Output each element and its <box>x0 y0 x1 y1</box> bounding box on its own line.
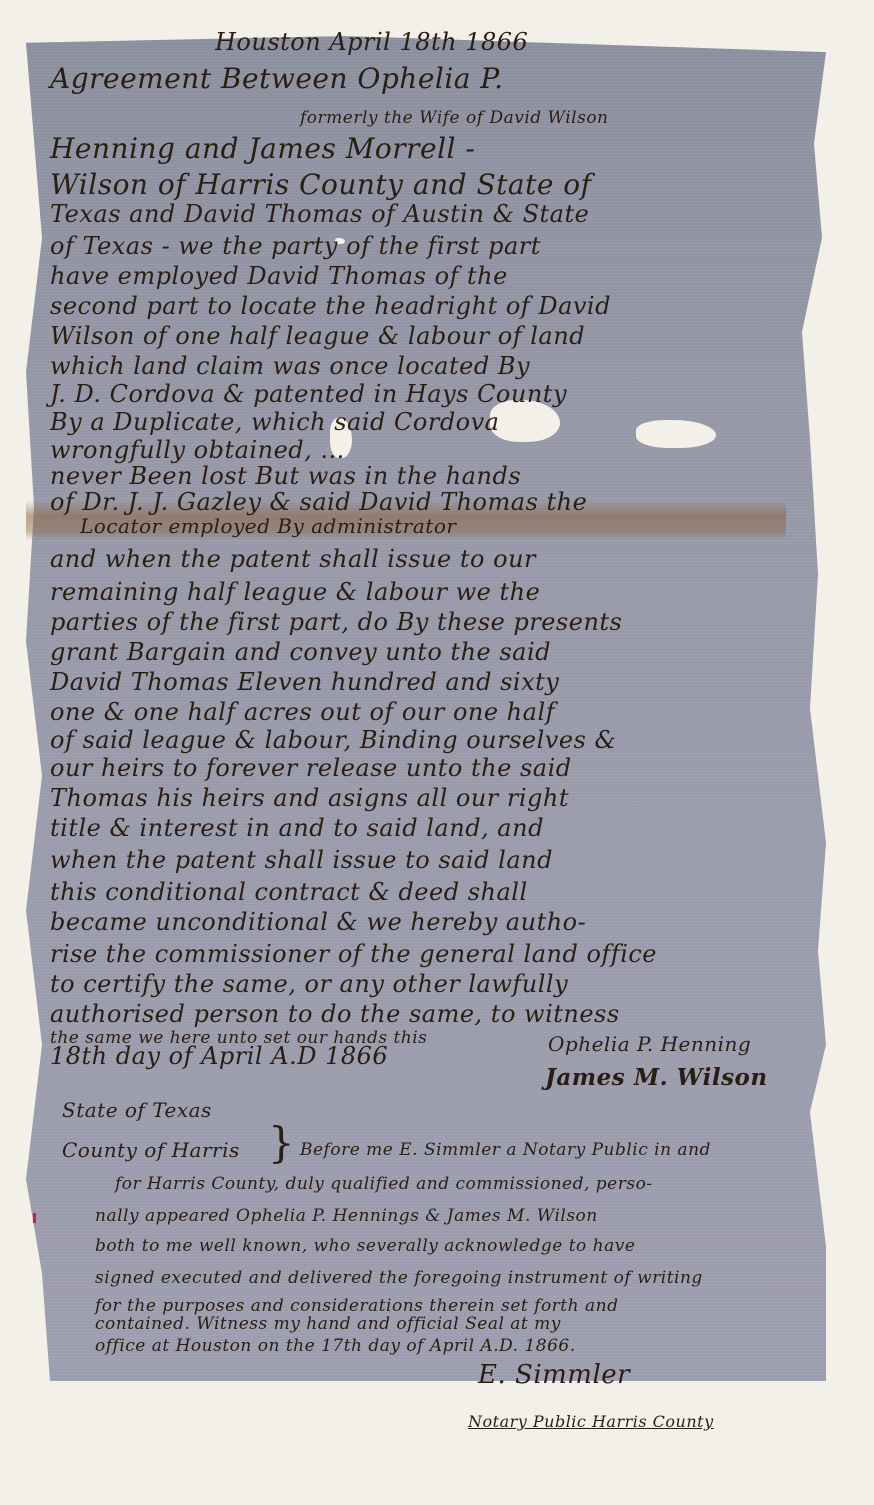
agreement-line: of Dr. J. J. Gazley & said David Thomas … <box>50 488 587 516</box>
agreement-line: this conditional contract & deed shall <box>50 878 528 906</box>
agreement-line: rise the commissioner of the general lan… <box>50 940 657 968</box>
agreement-line: second part to locate the headright of D… <box>50 292 611 320</box>
agreement-line: of Texas - we the party of the first par… <box>50 232 541 260</box>
agreement-line: to certify the same, or any other lawful… <box>50 970 568 998</box>
agreement-line: J. D. Cordova & patented in Hays County <box>50 380 567 408</box>
agreement-line: Henning and James Morrell - <box>50 132 475 165</box>
notary-line: for the purposes and considerations ther… <box>95 1296 618 1316</box>
red-ink-mark <box>33 1213 36 1223</box>
agreement-line: David Thomas Eleven hundred and sixty <box>50 668 559 696</box>
agreement-line: wrongfully obtained, ... <box>50 436 345 464</box>
agreement-line: grant Bargain and convey unto the said <box>50 638 551 666</box>
agreement-line: one & one half acres out of our one half <box>50 698 555 726</box>
notary-signature: E. Simmler <box>478 1360 630 1390</box>
notary-county: County of Harris <box>62 1138 240 1162</box>
agreement-line: and when the patent shall issue to our <box>50 545 536 573</box>
notary-line: office at Houston on the 17th day of Apr… <box>95 1336 576 1356</box>
notary-line: contained. Witness my hand and official … <box>95 1314 561 1334</box>
agreement-line: which land claim was once located By <box>50 352 530 380</box>
notary-line: for Harris County, duly qualified and co… <box>115 1174 653 1194</box>
agreement-line: Agreement Between Ophelia P. <box>50 62 503 95</box>
dateline: Houston April 18th 1866 <box>215 28 528 56</box>
notary-title: Notary Public Harris County <box>468 1412 714 1431</box>
agreement-line: Wilson of one half league & labour of la… <box>50 322 585 350</box>
notary-line: signed executed and delivered the forego… <box>95 1268 703 1288</box>
notary-line: Before me E. Simmler a Notary Public in … <box>300 1140 711 1160</box>
agreement-line: title & interest in and to said land, an… <box>50 814 544 842</box>
agreement-line: of said league & labour, Binding ourselv… <box>50 726 616 754</box>
agreement-line: when the patent shall issue to said land <box>50 846 553 874</box>
agreement-line: remaining half league & labour we the <box>50 578 540 606</box>
signature-james: James M. Wilson <box>545 1064 768 1091</box>
agreement-line: have employed David Thomas of the <box>50 262 508 290</box>
agreement-line: Locator employed By administrator <box>80 514 456 538</box>
agreement-line: Texas and David Thomas of Austin & State <box>50 200 589 228</box>
paper-tear <box>636 420 716 448</box>
notary-line: both to me well known, who severally ack… <box>95 1236 635 1256</box>
signature-ophelia: Ophelia P. Henning <box>548 1032 751 1056</box>
notary-state: State of Texas <box>62 1098 212 1122</box>
notary-line: nally appeared Ophelia P. Hennings & Jam… <box>95 1206 598 1226</box>
agreement-line: parties of the first part, do By these p… <box>50 608 622 636</box>
agreement-line: our heirs to forever release unto the sa… <box>50 754 572 782</box>
agreement-line: Thomas his heirs and asigns all our righ… <box>50 784 569 812</box>
agreement-line: became unconditional & we hereby autho- <box>50 908 586 936</box>
agreement-line: Wilson of Harris County and State of <box>50 168 592 201</box>
agreement-line: formerly the Wife of David Wilson <box>300 108 609 128</box>
agreement-line: By a Duplicate, which said Cordova <box>50 408 500 436</box>
brace: } <box>268 1118 295 1167</box>
agreement-line: 18th day of April A.D 1866 <box>50 1042 388 1070</box>
agreement-line: never Been lost But was in the hands <box>50 462 521 490</box>
agreement-line: authorised person to do the same, to wit… <box>50 1000 620 1028</box>
